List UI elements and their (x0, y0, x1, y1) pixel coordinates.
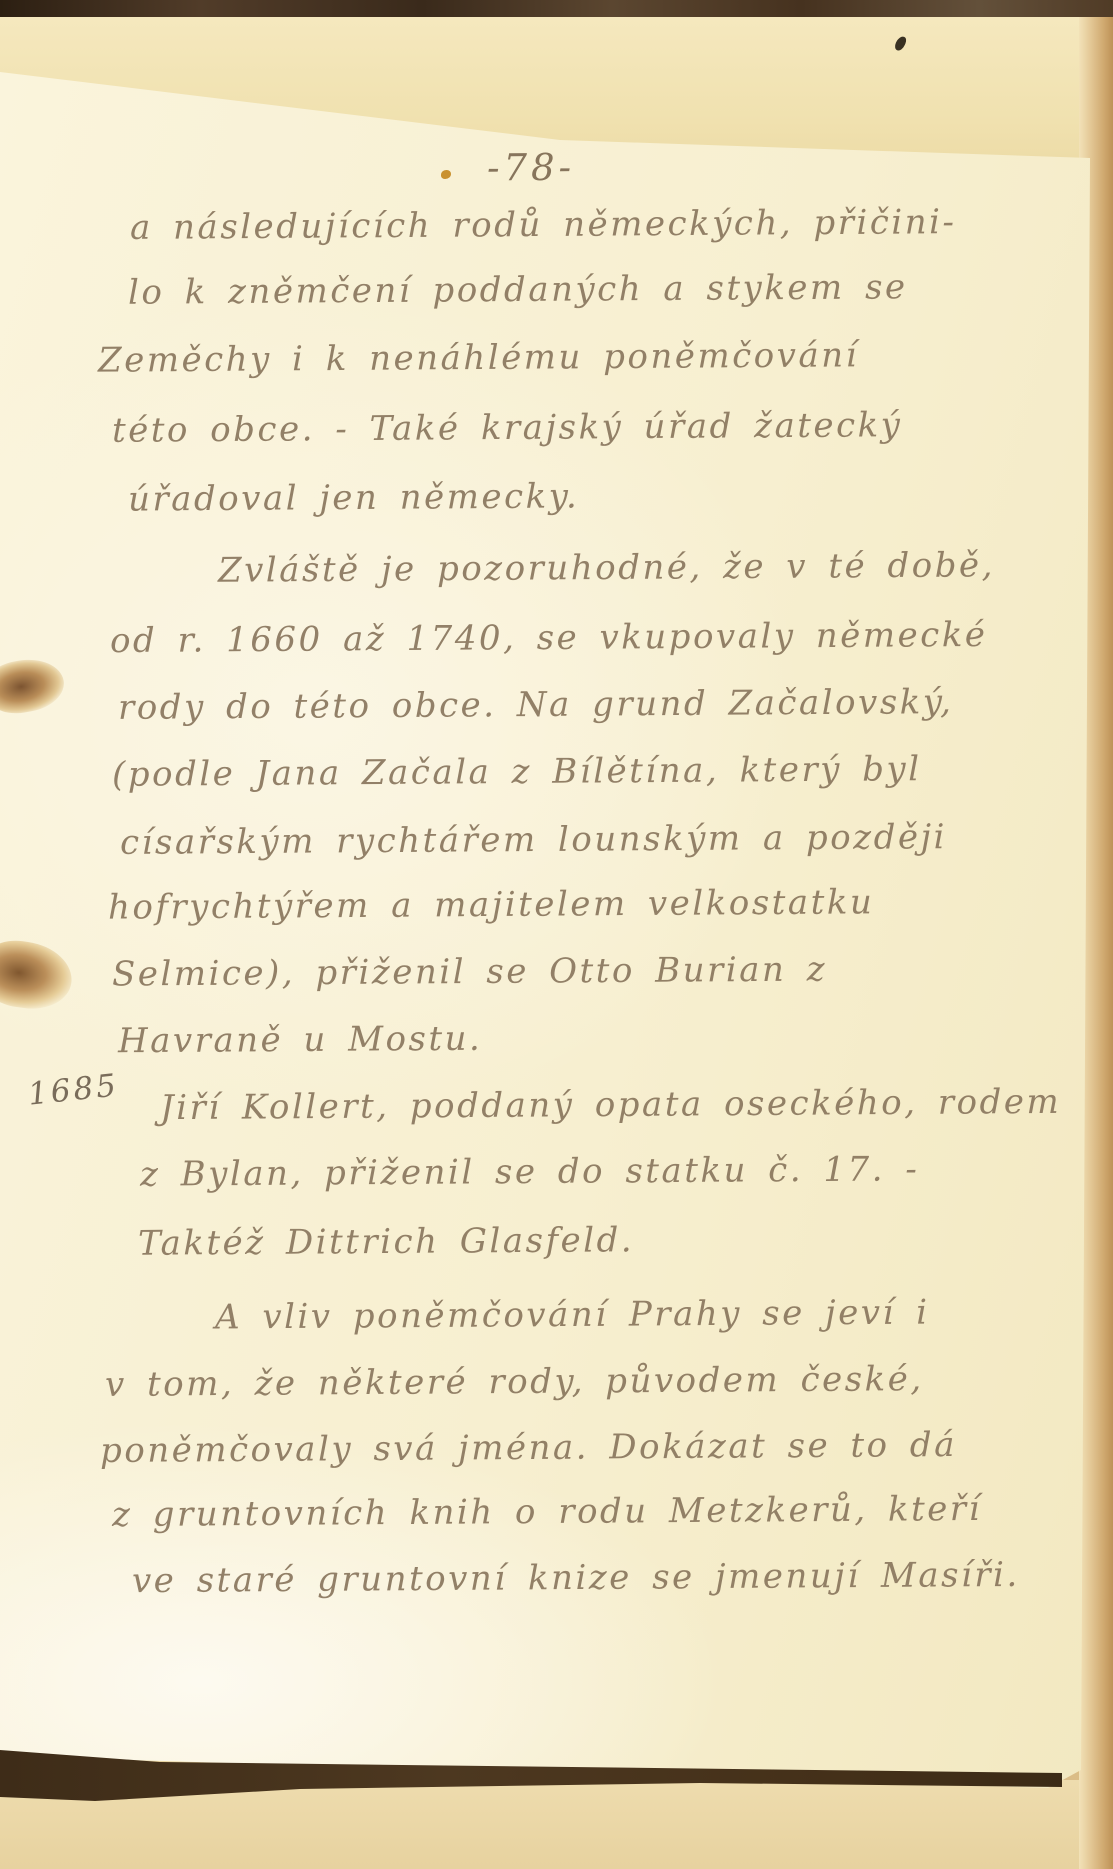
manuscript-line-03: Zeměchy i k nenáhlému poněmčování (98, 335, 859, 380)
manuscript-line-17: A vliv poněmčování Prahy se jeví i (215, 1293, 930, 1338)
manuscript-line-21: ve staré gruntovní knize se jmenují Masí… (132, 1555, 1020, 1601)
manuscript-line-09: (podle Jana Začala z Bílětína, který byl (112, 749, 922, 795)
manuscript-line-14: Jiří Kollert, poddaný opata oseckého, ro… (160, 1082, 1061, 1128)
scanned-manuscript-photo: -78- 1685 a následujících rodů německých… (0, 0, 1113, 1869)
manuscript-line-01: a následujících rodů německých, přičini- (130, 202, 957, 248)
manuscript-line-19: poněmčovaly svá jména. Dokázat se to dá (100, 1425, 957, 1471)
manuscript-line-16: Taktéž Dittrich Glasfeld. (138, 1220, 634, 1263)
manuscript-line-15: z Bylan, přiženil se do statku č. 17. - (140, 1149, 920, 1194)
manuscript-line-13: Havraně u Mostu. (118, 1019, 483, 1062)
manuscript-line-10: císařským rychtářem lounským a později (120, 817, 947, 863)
manuscript-line-02: lo k zněmčení poddaných a stykem se (128, 267, 908, 312)
manuscript-line-05: úřadoval jen německy. (128, 476, 579, 519)
manuscript-line-04: této obce. - Také krajský úřad žatecký (112, 405, 903, 451)
manuscript-line-08: rody do této obce. Na grund Začalovský, (118, 682, 954, 728)
manuscript-line-20: z gruntovních knih o rodu Metzkerů, kteř… (112, 1489, 982, 1535)
manuscript-line-18: v tom, že některé rody, původem české, (105, 1359, 924, 1405)
manuscript-line-12: Selmice), přiženil se Otto Burian z (112, 950, 827, 995)
manuscript-line-06: Zvláště je pozoruhodné, že v té době, (218, 545, 995, 590)
manuscript-line-11: hofrychtýřem a majitelem velkostatku (108, 882, 875, 927)
manuscript-line-07: od r. 1660 až 1740, se vkupovaly německé (110, 615, 988, 661)
book-cover-edge (0, 0, 1113, 17)
page-number: -78- (487, 146, 575, 190)
